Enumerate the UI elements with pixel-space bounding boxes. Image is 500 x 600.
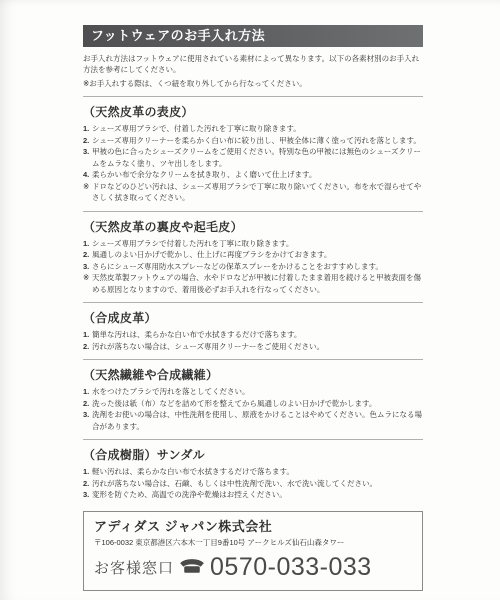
list-item-note: ※ 天然皮革製フットウェアの場合、水やドロなどが甲被に付着したまま着用を続けると… <box>83 272 423 295</box>
note-marker: ※ <box>83 181 92 204</box>
list-item: 2. 汚れが落ちない場合は、石鹸、もしくは中性洗剤で洗い、水で洗い流してください… <box>83 478 423 490</box>
item-text: 簡単な汚れは、柔らかな白い布で水拭きするだけで落ちます。 <box>92 329 423 341</box>
section-natural-leather-smooth: （天然皮革の表皮） 1. シューズ専用ブラシで、付着した汚れを丁寧に取り除きます… <box>83 105 423 204</box>
company-info-box: アディダス ジャパン株式会社 〒106-0032 東京都港区六本木一丁目9番10… <box>83 511 423 591</box>
item-text: 水をつけたブラシで汚れを落としてください。 <box>92 386 423 398</box>
item-text: 風通しのよい日かげで乾かし、仕上げに再度ブラシをかけておきます。 <box>92 249 423 261</box>
section-divider <box>83 439 423 440</box>
item-number: 4. <box>83 169 92 181</box>
item-text: 汚れが落ちない場合は、シューズ専用クリーナーをご使用ください。 <box>92 341 423 353</box>
item-text: 洗剤をお使いの場合は、中性洗剤を使用し、原液をかけることはやめてください。色ムラ… <box>92 409 423 432</box>
note-marker: ※ <box>83 272 92 295</box>
intro-block: お手入れ方法はフットウェアに使用されている素材によって異なります。以下の各素材別… <box>83 53 423 89</box>
item-text: 甲被の色に合ったシューズクリームをご使用ください。特別な色の甲被には無色のシュー… <box>92 146 423 169</box>
item-number: 2. <box>83 398 92 410</box>
item-number: 1. <box>83 329 92 341</box>
section-natural-synthetic-fiber: （天然繊維や合成繊維） 1. 水をつけたブラシで汚れを落としてください。 2. … <box>83 368 423 432</box>
list-item: 2. 洗った後は紙（布）などを詰めて形を整えてから風通しのよい日かげで乾かします… <box>83 398 423 410</box>
item-number: 2. <box>83 249 92 261</box>
item-text: さらにシューズ専用防水スプレーなどの保革スプレーをかけることをおすすめします。 <box>92 261 423 273</box>
item-text: 汚れが落ちない場合は、石鹸、もしくは中性洗剤で洗い、水で洗い流してください。 <box>92 478 423 490</box>
item-text: シューズ専用ブラシで、付着した汚れを丁寧に取り除きます。 <box>92 123 423 135</box>
section-divider <box>83 211 423 212</box>
list-item-note: ※ ドロなどのひどい汚れは、シューズ専用ブラシで丁寧に取り除いてください。布を水… <box>83 181 423 204</box>
phone-number: 0570-033-033 <box>210 553 372 582</box>
item-number: 1. <box>83 386 92 398</box>
item-number: 3. <box>83 261 92 273</box>
section-heading: （合成皮革） <box>83 311 423 325</box>
list-item: 3. さらにシューズ専用防水スプレーなどの保革スプレーをかけることをおすすめしま… <box>83 261 423 273</box>
item-text: ドロなどのひどい汚れは、シューズ専用ブラシで丁寧に取り除いてください。布を水で湿… <box>92 181 423 204</box>
intro-note: ※お手入れする際は、くつ紐を取り外してから行なってください。 <box>83 78 423 89</box>
item-number: 3. <box>83 489 92 501</box>
section-synthetic-resin-sandals: （合成樹脂）サンダル 1. 軽い汚れは、柔らかな白い布で水拭きするだけで落ちます… <box>83 448 423 501</box>
section-divider <box>83 359 423 360</box>
list-item: 1. シューズ専用ブラシで、付着した汚れを丁寧に取り除きます。 <box>83 123 423 135</box>
list-item: 3. 甲被の色に合ったシューズクリームをご使用ください。特別な色の甲被には無色の… <box>83 146 423 169</box>
intro-text: お手入れ方法はフットウェアに使用されている素材によって異なります。以下の各素材別… <box>83 53 423 75</box>
item-number: 1. <box>83 238 92 250</box>
company-address: 〒106-0032 東京都港区六本木一丁目9番10号 アークヒルズ仙石山森タワー <box>94 538 412 548</box>
section-natural-leather-suede: （天然皮革の裏皮や起毛皮） 1. シューズ専用ブラシで付着した汚れを丁寧に取り除… <box>83 220 423 296</box>
list-item: 2. シューズ専用クリーナーを柔らかく白い布に絞り出し、甲被全体に薄く塗って汚れ… <box>83 135 423 147</box>
item-number: 2. <box>83 341 92 353</box>
list-item: 3. 変形を防ぐため、高温での洗浄や乾燥はお控えください。 <box>83 489 423 501</box>
list-item: 2. 風通しのよい日かげで乾かし、仕上げに再度ブラシをかけておきます。 <box>83 249 423 261</box>
item-text: 洗った後は紙（布）などを詰めて形を整えてから風通しのよい日かげで乾かします。 <box>92 398 423 410</box>
section-divider <box>83 302 423 303</box>
section-heading: （合成樹脂）サンダル <box>83 448 423 462</box>
section-divider <box>83 96 423 97</box>
care-label-page: フットウェアのお手入れ方法 お手入れ方法はフットウェアに使用されている素材によっ… <box>0 0 500 591</box>
list-item: 4. 柔らかい布で余分なクリームを拭き取り、よく磨いて仕上げます。 <box>83 169 423 181</box>
customer-contact-row: お客様窓口 0570-033-033 <box>94 553 412 582</box>
section-heading: （天然皮革の裏皮や起毛皮） <box>83 220 423 234</box>
item-number: 3. <box>83 146 92 169</box>
list-item: 1. 簡単な汚れは、柔らかな白い布で水拭きするだけで落ちます。 <box>83 329 423 341</box>
telephone-icon <box>179 557 205 579</box>
item-text: 天然皮革製フットウェアの場合、水やドロなどが甲被に付着したまま着用を続けると甲被… <box>92 272 423 295</box>
item-text: 変形を防ぐため、高温での洗浄や乾燥はお控えください。 <box>92 489 423 501</box>
item-text: シューズ専用ブラシで付着した汚れを丁寧に取り除きます。 <box>92 238 423 250</box>
list-item: 2. 汚れが落ちない場合は、シューズ専用クリーナーをご使用ください。 <box>83 341 423 353</box>
company-name: アディダス ジャパン株式会社 <box>94 519 412 535</box>
item-number: 2. <box>83 135 92 147</box>
contact-label: お客様窓口 <box>94 557 174 578</box>
item-number: 1. <box>83 466 92 478</box>
item-text: 軽い汚れは、柔らかな白い布で水拭きするだけで落ちます。 <box>92 466 423 478</box>
page-title: フットウェアのお手入れ方法 <box>83 25 423 47</box>
section-heading: （天然繊維や合成繊維） <box>83 368 423 382</box>
list-item: 1. シューズ専用ブラシで付着した汚れを丁寧に取り除きます。 <box>83 238 423 250</box>
list-item: 1. 軽い汚れは、柔らかな白い布で水拭きするだけで落ちます。 <box>83 466 423 478</box>
item-number: 1. <box>83 123 92 135</box>
section-heading: （天然皮革の表皮） <box>83 105 423 119</box>
list-item: 3. 洗剤をお使いの場合は、中性洗剤を使用し、原液をかけることはやめてください。… <box>83 409 423 432</box>
item-number: 2. <box>83 478 92 490</box>
item-number: 3. <box>83 409 92 432</box>
item-text: シューズ専用クリーナーを柔らかく白い布に絞り出し、甲被全体に薄く塗って汚れを落と… <box>92 135 423 147</box>
item-text: 柔らかい布で余分なクリームを拭き取り、よく磨いて仕上げます。 <box>92 169 423 181</box>
list-item: 1. 水をつけたブラシで汚れを落としてください。 <box>83 386 423 398</box>
section-synthetic-leather: （合成皮革） 1. 簡単な汚れは、柔らかな白い布で水拭きするだけで落ちます。 2… <box>83 311 423 352</box>
